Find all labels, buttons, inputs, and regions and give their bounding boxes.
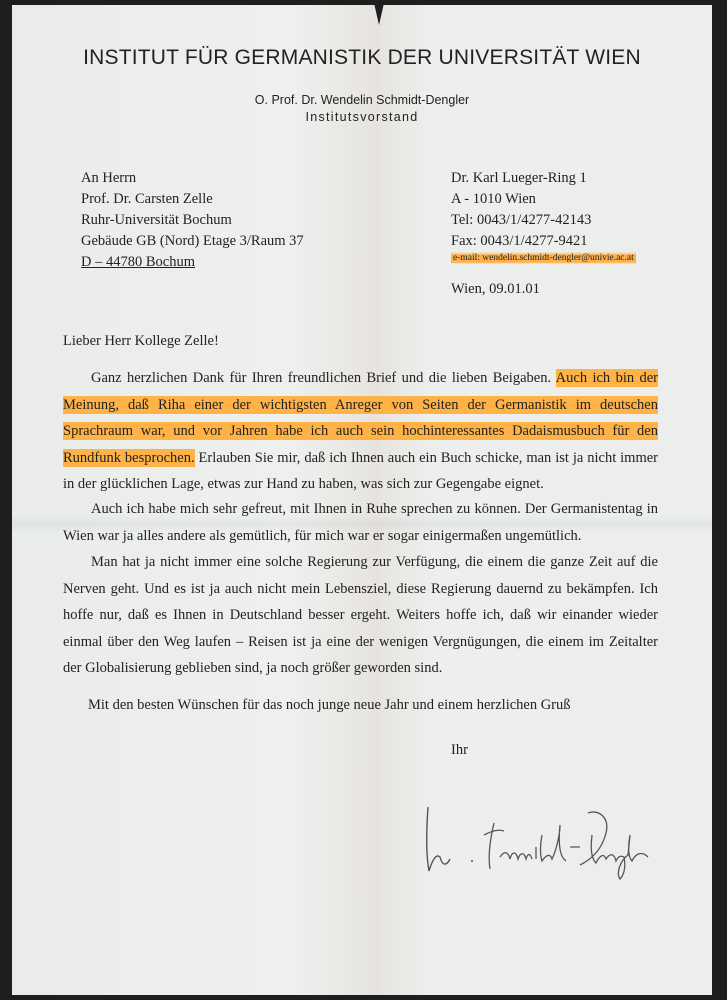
sender-city: A - 1010 Wien [451, 189, 591, 210]
handwritten-signature [420, 795, 660, 885]
recipient-line: An Herrn [81, 168, 304, 189]
letterhead-name: O. Prof. Dr. Wendelin Schmidt-Dengler [12, 93, 712, 107]
sender-address: Dr. Karl Lueger-Ring 1 A - 1010 Wien Tel… [451, 168, 591, 252]
recipient-postcode-line: D – 44780 Bochum [81, 252, 304, 273]
signoff: Ihr [451, 742, 468, 759]
recipient-line: Gebäude GB (Nord) Etage 3/Raum 37 [81, 231, 304, 252]
letterhead-role: Institutsvorstand [12, 110, 712, 124]
paragraph-1: Ganz herzlichen Dank für Ihren freundlic… [63, 365, 658, 498]
recipient-line: Prof. Dr. Carsten Zelle [81, 189, 304, 210]
paragraph-2: Auch ich habe mich sehr gefreut, mit Ihn… [63, 496, 658, 549]
letterhead-institute: INSTITUT FÜR GERMANISTIK DER UNIVERSITÄT… [12, 46, 712, 70]
sender-tel: Tel: 0043/1/4277-42143 [451, 210, 591, 231]
paragraph-3: Man hat ja nicht immer eine solche Regie… [63, 549, 658, 682]
sender-email: e-mail: wendelin.schmidt-dengler@univie.… [451, 252, 636, 264]
salutation: Lieber Herr Kollege Zelle! [63, 333, 219, 350]
recipient-line: Ruhr-Universität Bochum [81, 210, 304, 231]
letter-page: INSTITUT FÜR GERMANISTIK DER UNIVERSITÄT… [12, 5, 712, 995]
paragraph-1-text: Ganz herzlichen Dank für Ihren freundlic… [91, 370, 556, 386]
recipient-address: An Herrn Prof. Dr. Carsten Zelle Ruhr-Un… [81, 168, 304, 273]
paragraph-3-text: Man hat ja nicht immer eine solche Regie… [63, 549, 658, 682]
sender-fax: Fax: 0043/1/4277-9421 [451, 231, 591, 252]
letter-date: Wien, 09.01.01 [451, 281, 540, 298]
closing-line: Mit den besten Wünschen für das noch jun… [88, 697, 571, 714]
sender-street: Dr. Karl Lueger-Ring 1 [451, 168, 591, 189]
paper-tear [374, 3, 384, 25]
paragraph-2-text: Auch ich habe mich sehr gefreut, mit Ihn… [63, 496, 658, 549]
